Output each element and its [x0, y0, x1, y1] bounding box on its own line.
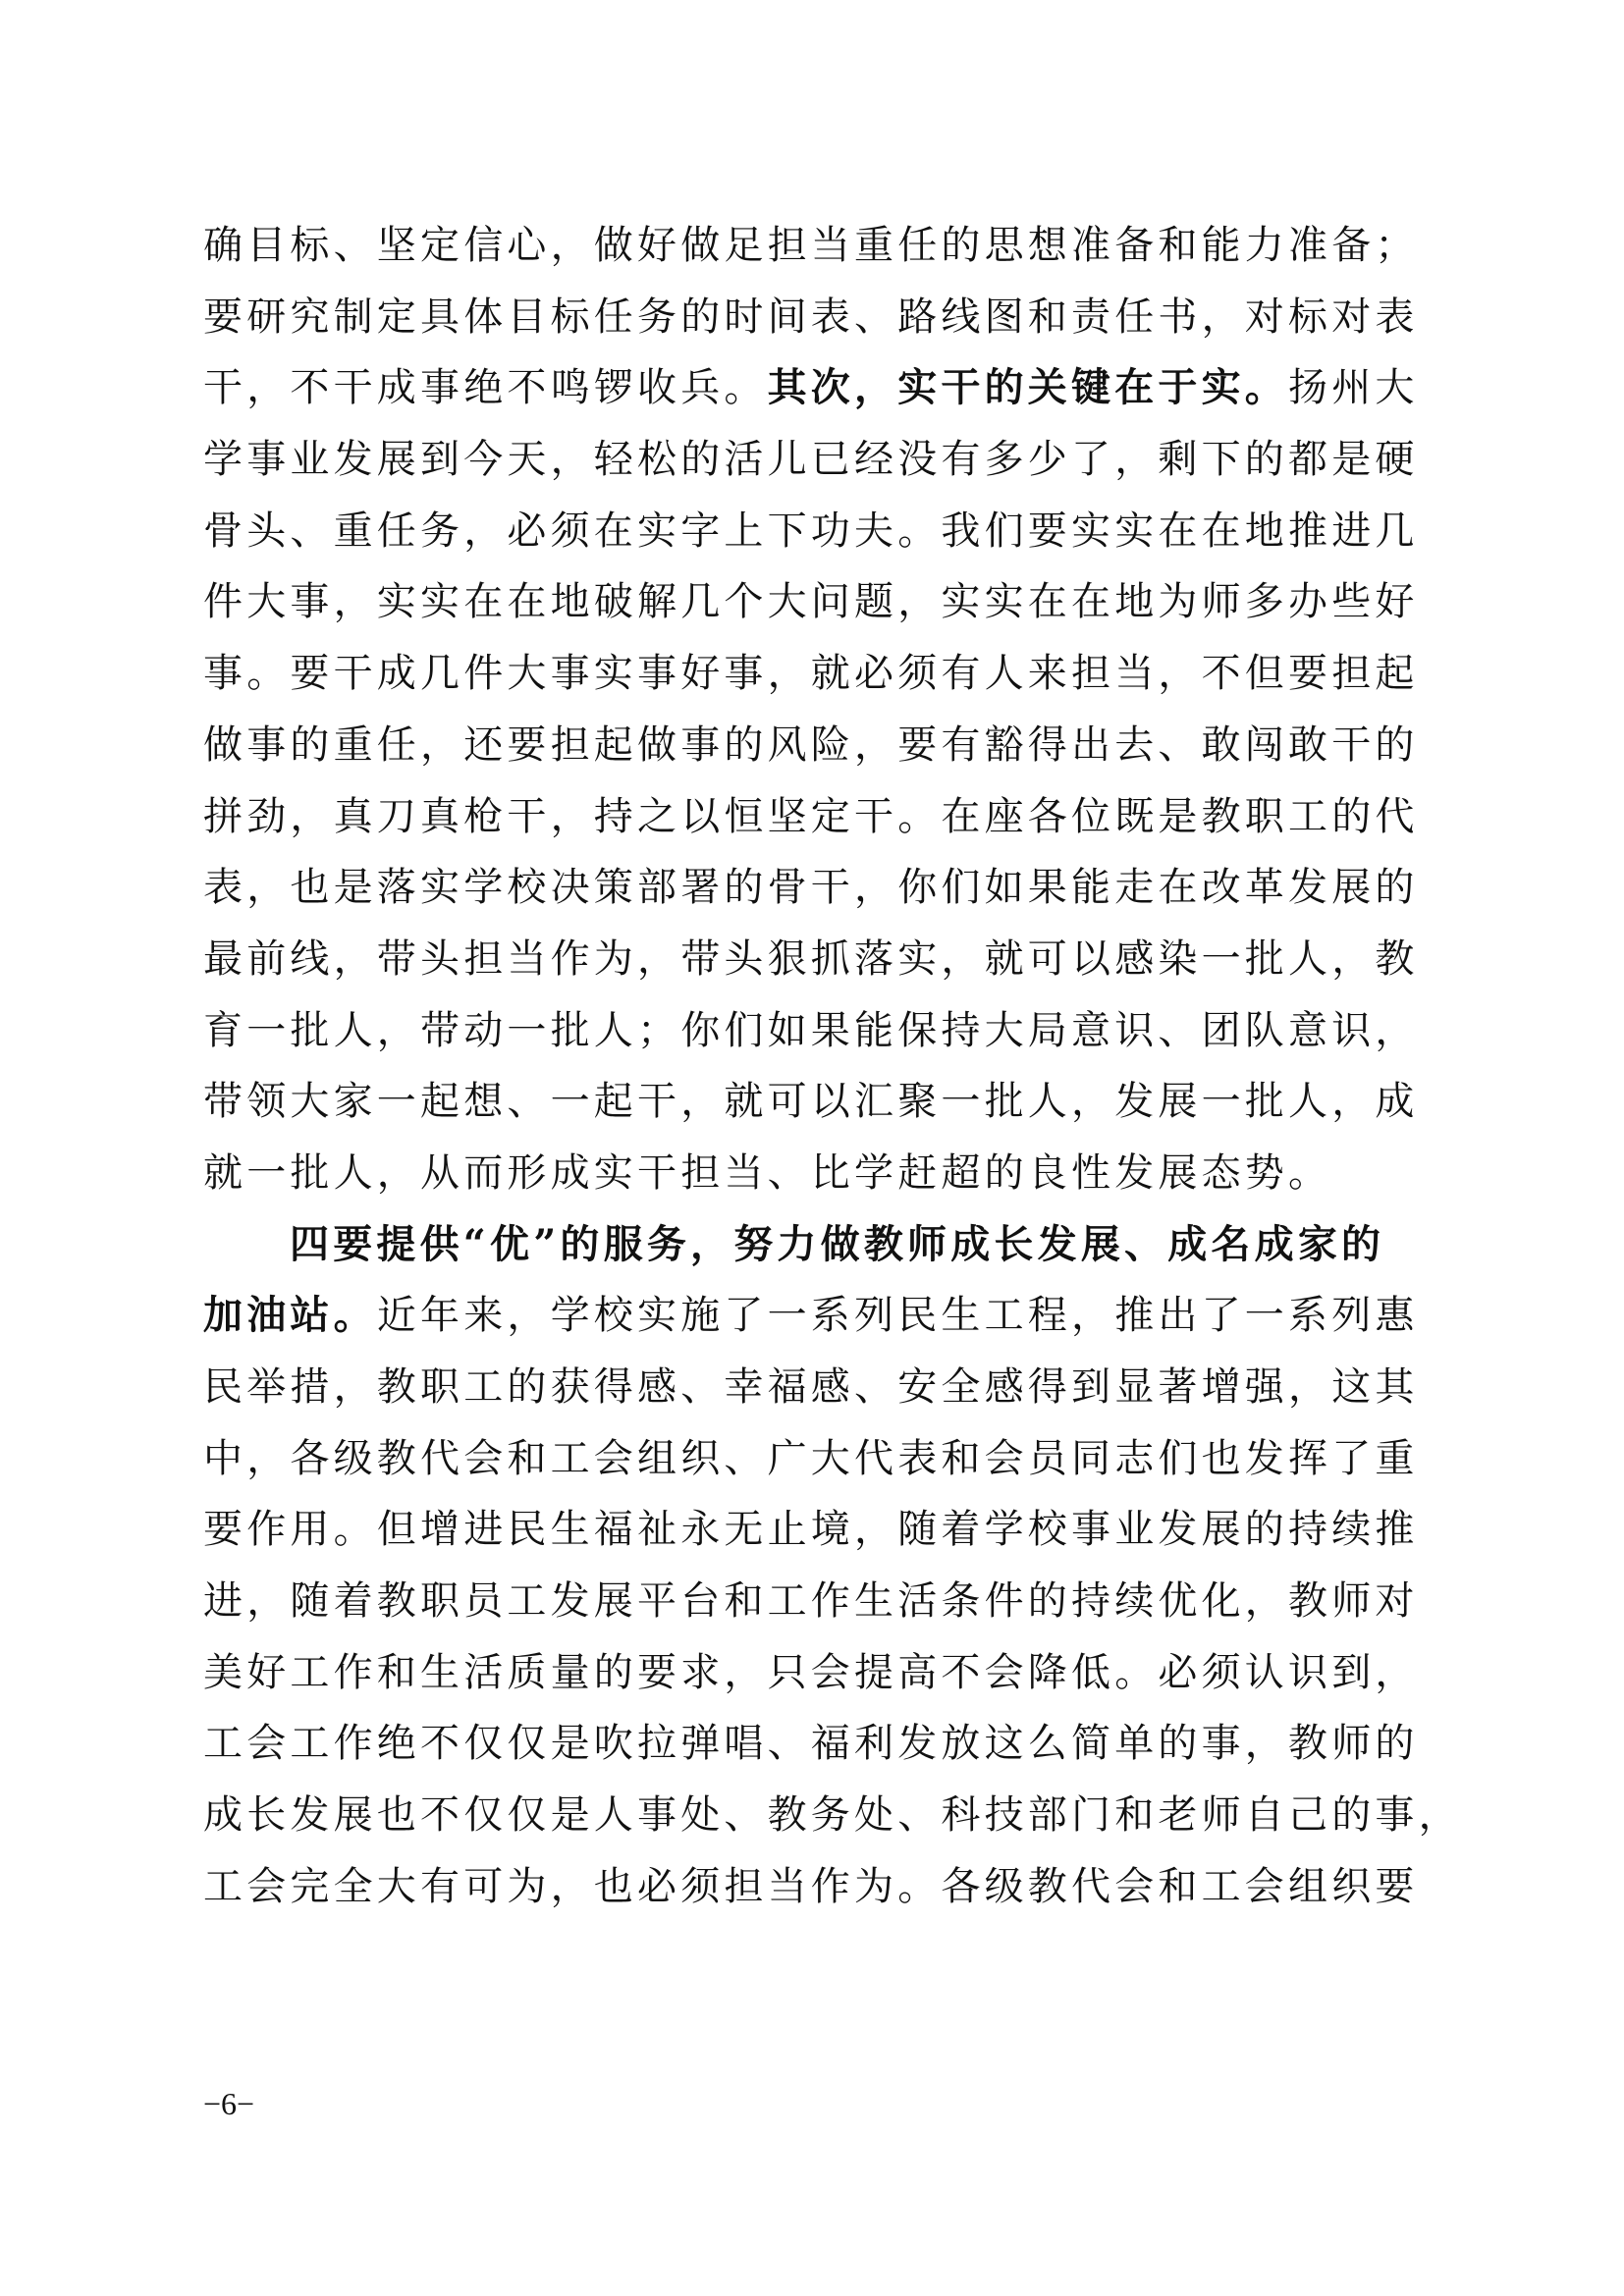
text-segment: 工会工作绝不仅仅是吹拉弹唱、福利发放这么简单的事，教师的 — [203, 1721, 1419, 1766]
text-segment: 拼劲，真刀真枪干，持之以恒坚定干。在座各位既是教职工的代 — [203, 794, 1419, 839]
text-line: 美好工作和生活质量的要求，只会提高不会降低。必须认识到， — [203, 1637, 1426, 1709]
text-segment: 中，各级教代会和工会组织、广大代表和会员同志们也发挥了重 — [203, 1436, 1419, 1481]
text-line: 骨头、重任务，必须在实字上下功夫。我们要实实在在地推进几 — [203, 496, 1426, 567]
text-segment: 要作用。但增进民生福祉永无止境，随着学校事业发展的持续推 — [203, 1507, 1419, 1552]
text-line: 育一批人，带动一批人；你们如果能保持大局意识、团队意识， — [203, 995, 1426, 1067]
text-line: 进，随着教职员工发展平台和工作生活条件的持续优化，教师对 — [203, 1566, 1426, 1637]
text-segment: 近年来，学校实施了一系列民生工程，推出了一系列惠 — [377, 1293, 1419, 1338]
text-line: 事。要干成几件大事实事好事，就必须有人来担当，不但要担起 — [203, 638, 1426, 710]
text-line: 做事的重任，还要担起做事的风险，要有豁得出去、敢闯敢干的 — [203, 710, 1426, 781]
text-segment: 就一批人，从而形成实干担当、比学赶超的良性发展态势。 — [203, 1150, 1331, 1196]
text-line: 最前线，带头担当作为，带头狠抓落实，就可以感染一批人，教 — [203, 924, 1426, 995]
text-segment: 工会完全大有可为，也必须担当作为。各级教代会和工会组织要 — [203, 1864, 1419, 1909]
text-segment: 骨头、重任务，必须在实字上下功夫。我们要实实在在地推进几 — [203, 508, 1419, 554]
text-line: 要研究制定具体目标任务的时间表、路线图和责任书，对标对表 — [203, 282, 1426, 353]
text-segment: 进，随着教职员工发展平台和工作生活条件的持续优化，教师对 — [203, 1578, 1419, 1624]
text-segment: 干，不干成事绝不鸣锣收兵。 — [203, 365, 768, 410]
text-segment: 件大事，实实在在地破解几个大问题，实实在在地为师多办些好 — [203, 579, 1419, 624]
text-line: 工会完全大有可为，也必须担当作为。各级教代会和工会组织要 — [203, 1851, 1426, 1923]
text-line: 学事业发展到今天，轻松的活儿已经没有多少了，剩下的都是硬 — [203, 424, 1426, 496]
text-segment: 做事的重任，还要担起做事的风险，要有豁得出去、敢闯敢干的 — [203, 722, 1419, 768]
text-segment: 要研究制定具体目标任务的时间表、路线图和责任书，对标对表 — [203, 294, 1419, 340]
text-line: 成长发展也不仅仅是人事处、教务处、科技部门和老师自己的事， — [203, 1780, 1426, 1851]
text-line: 四要提供“优”的服务，努力做教师成长发展、成名成家的 — [203, 1209, 1426, 1281]
text-segment: 表，也是落实学校决策部署的骨干，你们如果能走在改革发展的 — [203, 865, 1419, 910]
text-line: 表，也是落实学校决策部署的骨干，你们如果能走在改革发展的 — [203, 852, 1426, 924]
bold-text-segment: 加油站。 — [203, 1292, 377, 1338]
text-segment: 育一批人，带动一批人；你们如果能保持大局意识、团队意识， — [203, 1008, 1419, 1053]
text-segment: 带领大家一起想、一起干，就可以汇聚一批人，发展一批人，成 — [203, 1079, 1419, 1124]
text-segment: 成长发展也不仅仅是人事处、教务处、科技部门和老师自己的事， — [203, 1792, 1462, 1838]
text-line: 要作用。但增进民生福祉永无止境，随着学校事业发展的持续推 — [203, 1494, 1426, 1566]
text-line: 就一批人，从而形成实干担当、比学赶超的良性发展态势。 — [203, 1138, 1426, 1209]
text-segment: 确目标、坚定信心，做好做足担当重任的思想准备和能力准备； — [203, 223, 1419, 268]
text-segment: 最前线，带头担当作为，带头狠抓落实，就可以感染一批人，教 — [203, 936, 1419, 982]
text-line: 中，各级教代会和工会组织、广大代表和会员同志们也发挥了重 — [203, 1423, 1426, 1495]
bold-text-segment: 其次，实干的关键在于实。 — [768, 364, 1288, 410]
text-segment: 学事业发展到今天，轻松的活儿已经没有多少了，剩下的都是硬 — [203, 437, 1419, 482]
text-segment: 扬州大 — [1288, 365, 1419, 410]
text-line: 拼劲，真刀真枪干，持之以恒坚定干。在座各位既是教职工的代 — [203, 781, 1426, 853]
page-number: −6− — [203, 2084, 254, 2123]
text-line: 确目标、坚定信心，做好做足担当重任的思想准备和能力准备； — [203, 210, 1426, 282]
text-line: 民举措，教职工的获得感、幸福感、安全感得到显著增强，这其 — [203, 1352, 1426, 1423]
text-line: 带领大家一起想、一起干，就可以汇聚一批人，发展一批人，成 — [203, 1066, 1426, 1138]
body-text: 确目标、坚定信心，做好做足担当重任的思想准备和能力准备；要研究制定具体目标任务的… — [203, 210, 1426, 1923]
text-line: 干，不干成事绝不鸣锣收兵。其次，实干的关键在于实。扬州大 — [203, 352, 1426, 424]
text-line: 件大事，实实在在地破解几个大问题，实实在在地为师多办些好 — [203, 566, 1426, 638]
text-line: 加油站。近年来，学校实施了一系列民生工程，推出了一系列惠 — [203, 1280, 1426, 1352]
text-segment: 事。要干成几件大事实事好事，就必须有人来担当，不但要担起 — [203, 651, 1419, 696]
text-segment: 美好工作和生活质量的要求，只会提高不会降低。必须认识到， — [203, 1650, 1419, 1695]
document-page: 确目标、坚定信心，做好做足担当重任的思想准备和能力准备；要研究制定具体目标任务的… — [0, 0, 1624, 2296]
text-segment: 民举措，教职工的获得感、幸福感、安全感得到显著增强，这其 — [203, 1364, 1419, 1410]
text-line: 工会工作绝不仅仅是吹拉弹唱、福利发放这么简单的事，教师的 — [203, 1708, 1426, 1780]
bold-text-segment: 四要提供“优”的服务，努力做教师成长发展、成名成家的 — [290, 1221, 1384, 1267]
